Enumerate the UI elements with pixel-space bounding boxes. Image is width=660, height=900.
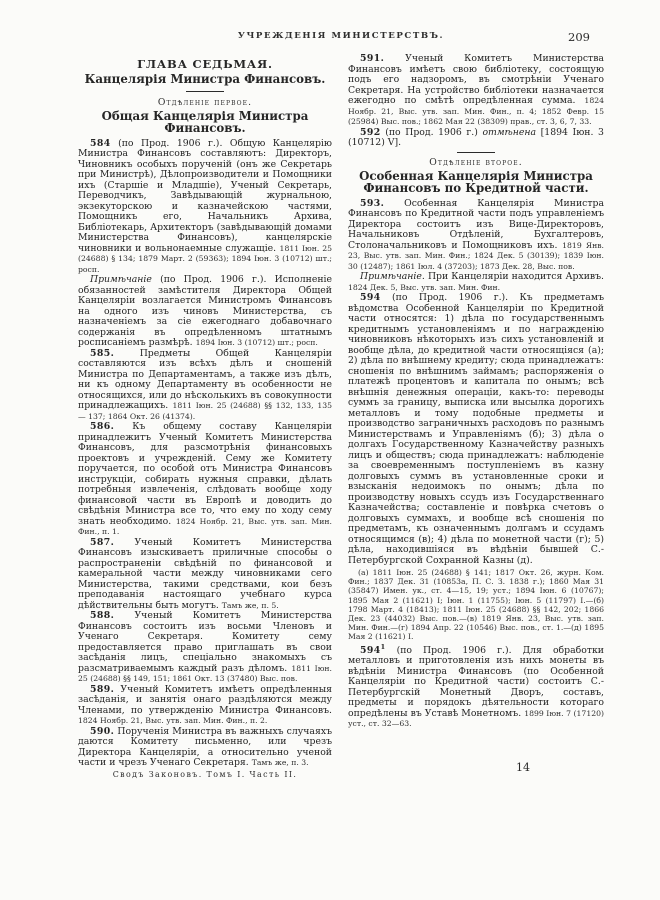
article-587-citation: Тамъ же, п. 5. (222, 601, 279, 610)
running-header: УЧРЕЖДЕНІЯ МИНИСТЕРСТВЪ. 209 (78, 31, 604, 45)
article-585: 585. Предметы Общей Канцеляріи составляю… (78, 349, 332, 423)
article-592-text: (по Прод. 1906 г.) (385, 127, 478, 138)
article-590-number: 590. (90, 726, 114, 737)
page-number: 209 (568, 30, 590, 44)
note-to-article-593: Примѣчаніе. При Канцеляріи находится Арх… (348, 272, 604, 293)
note-to-article-584: Примѣчаніе (по Прод. 1906 г.). Исполнені… (78, 275, 332, 349)
article-588: 588. Ученый Комитетъ Министерства Финанс… (78, 611, 332, 685)
article-594-1-number: 5941 (360, 645, 386, 656)
article-591: 591. Ученый Комитетъ Министерства Финанс… (348, 54, 604, 128)
article-594-1-text: (по Прод. 1906 г.). Для обработки металл… (348, 645, 604, 719)
note-label: Примѣчаніе. (360, 271, 425, 282)
scanned-law-page: УЧРЕЖДЕНІЯ МИНИСТЕРСТВЪ. 209 ГЛАВА СЕДЬМ… (0, 0, 660, 900)
chapter-subtitle: Канцелярія Министра Финансовъ. (78, 73, 332, 86)
divider-rule (457, 152, 495, 153)
article-589-text: Ученый Комитетъ имѣетъ опредѣленныя засѣ… (78, 684, 332, 716)
article-591-number: 591. (360, 53, 384, 64)
article-586: 586. Къ общему составу Канцеляріи принад… (78, 422, 332, 538)
divider-rule (186, 91, 224, 92)
section-two-label: Отдѣленіе второе. (348, 157, 604, 168)
article-592: 592 (по Прод. 1906 г.) отмѣнена [1894 Ію… (348, 128, 604, 149)
article-594-number: 594 (360, 292, 381, 303)
chapter-title: ГЛАВА СЕДЬМАЯ. (78, 58, 332, 71)
note-593-citation: 1824 Дек. 5, Выс. утв. зап. Мин. Фин. (348, 283, 500, 292)
article-584: 584 (по Прод. 1906 г.). Общую Канцелярію… (78, 139, 332, 276)
right-column: 591. Ученый Комитетъ Министерства Финанс… (348, 54, 604, 730)
article-594-1-superscript: 1 (381, 643, 386, 651)
article-592-repealed-status: отмѣнена (482, 127, 536, 138)
footnotes-block: (а) 1811 Іюн. 25 (24688) § 141; 1817 Окт… (348, 568, 604, 642)
article-593-number: 593. (360, 198, 384, 209)
article-589: 589. Ученый Комитетъ имѣетъ опредѣленныя… (78, 685, 332, 727)
article-587-text: Ученый Комитетъ Министерства Финансовъ и… (78, 537, 332, 611)
article-594: 594 (по Прод. 1906 г.). Къ предметамъ вѣ… (348, 293, 604, 566)
running-header-title: УЧРЕЖДЕНІЯ МИНИСТЕРСТВЪ. (78, 31, 604, 41)
article-594-1-base-number: 594 (360, 645, 381, 656)
article-594-1: 5941 (по Прод. 1906 г.). Для обработки м… (348, 642, 604, 730)
article-587-number: 587. (90, 537, 114, 548)
section-two-title: Особенная Канцелярія Министра Финансовъ … (348, 170, 604, 195)
article-586-text: Къ общему составу Канцеляріи принадлежит… (78, 421, 332, 527)
article-585-number: 585. (90, 348, 114, 359)
article-584-number: 584 (90, 138, 111, 149)
note-593-text: При Канцеляріи находится Архивъ. (428, 271, 604, 282)
left-column: ГЛАВА СЕДЬМАЯ. Канцелярія Министра Финан… (78, 56, 332, 769)
note-label: Примѣчаніе (90, 274, 152, 285)
article-592-number: 592 (360, 127, 381, 138)
article-590-citation: Тамъ же, п. 3. (252, 758, 309, 767)
article-588-number: 588. (90, 610, 114, 621)
article-589-number: 589. (90, 684, 114, 695)
note-584-citation: 1894 Іюн. 3 (10712) шт.; росп. (196, 338, 318, 347)
section-one-title: Общая Канцелярія Министра Финансовъ. (78, 110, 332, 135)
sheet-signature-number: 14 (516, 761, 530, 774)
article-591-text: Ученый Комитетъ Министерства Финансовъ и… (348, 53, 604, 106)
article-584-text: (по Прод. 1906 г.). Общую Канцелярію Мин… (78, 138, 332, 254)
article-586-number: 586. (90, 421, 114, 432)
article-587: 587. Ученый Комитетъ Министерства Финанс… (78, 538, 332, 612)
volume-footer: Сводъ Законовъ. Томъ I. Часть II. (78, 770, 332, 779)
article-593: 593. Особенная Канцелярія Министра Финан… (348, 199, 604, 273)
section-one-label: Отдѣленіе первое. (78, 97, 332, 108)
note-584-text: (по Прод. 1906 г.). Исполненіе обязаннос… (78, 274, 332, 348)
article-590: 590. Порученія Министра въ важныхъ случа… (78, 727, 332, 769)
article-594-text: (по Прод. 1906 г.). Къ предметамъ вѣдомс… (348, 292, 604, 566)
article-589-citation: 1824 Ноябр. 21, Выс. утв. зап. Мин. Фин.… (78, 716, 267, 725)
